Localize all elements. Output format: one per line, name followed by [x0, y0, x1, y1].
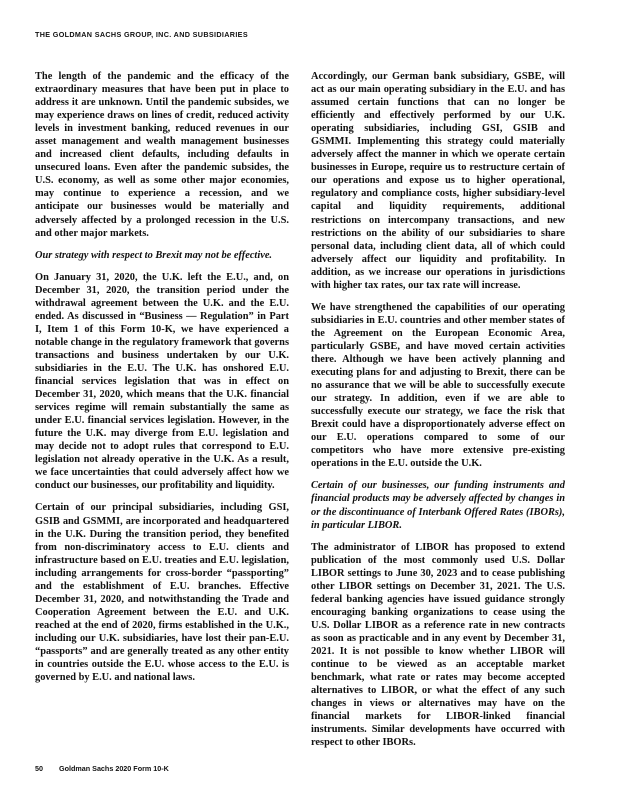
body-paragraph: We have strengthened the capabilities of…	[311, 301, 565, 471]
document-title: Goldman Sachs 2020 Form 10-K	[59, 764, 169, 773]
body-paragraph: The administrator of LIBOR has proposed …	[311, 541, 565, 750]
body-paragraph: On January 31, 2020, the U.K. left the E…	[35, 271, 289, 493]
left-column: The length of the pandemic and the effic…	[35, 70, 289, 693]
body-paragraph: The length of the pandemic and the effic…	[35, 70, 289, 240]
risk-factor-heading: Certain of our businesses, our funding i…	[311, 479, 565, 531]
running-header: The Goldman Sachs Group, Inc. and Subsid…	[35, 30, 248, 39]
right-column: Accordingly, our German bank subsidiary,…	[311, 70, 565, 758]
risk-factor-heading: Our strategy with respect to Brexit may …	[35, 249, 289, 262]
body-paragraph: Accordingly, our German bank subsidiary,…	[311, 70, 565, 292]
page-footer: 50 Goldman Sachs 2020 Form 10-K	[35, 764, 169, 773]
body-paragraph: Certain of our principal subsidiaries, i…	[35, 501, 289, 684]
page-number: 50	[35, 764, 57, 773]
